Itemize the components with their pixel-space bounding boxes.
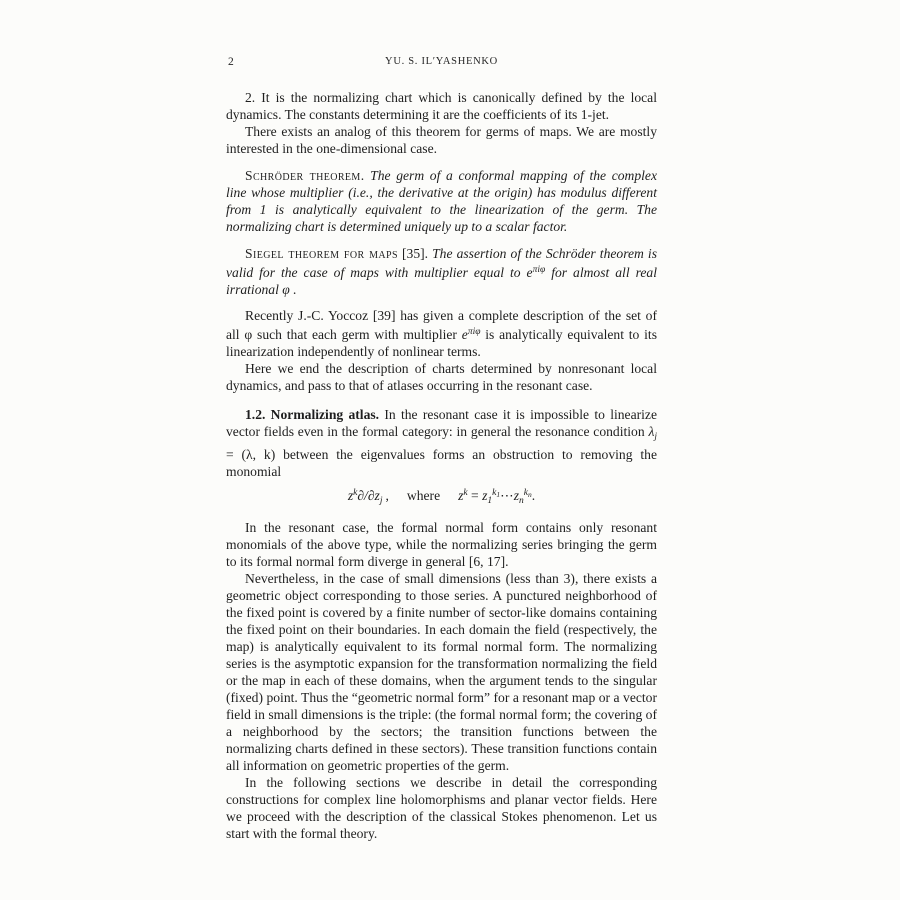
siegel-theorem-ref: [35]. (398, 246, 432, 261)
cdots: ⋯ (500, 488, 514, 503)
paragraph-analog-for-maps: There exists an analog of this theorem f… (226, 123, 657, 157)
k1-sup: k1 (492, 488, 500, 498)
z-power-definition: zk = z1k1⋯znkn. (458, 488, 535, 503)
siegel-theorem-label: Siegel theorem for maps (245, 246, 398, 261)
kn-sup: kn (524, 488, 532, 498)
section-heading: 1.2. Normalizing atlas. (245, 407, 379, 422)
paragraph-end-of-charts: Here we end the description of charts de… (226, 360, 657, 394)
paragraph-yoccoz: Recently J.-C. Yoccoz [39] has given a c… (226, 307, 657, 360)
paragraph-following-sections: In the following sections we describe in… (226, 774, 657, 842)
exp-sup: πiφ (468, 327, 481, 337)
running-title: YU. S. IL′YASHENKO (385, 56, 498, 67)
where-label: where (407, 488, 440, 503)
exp-term: eπiφ (462, 327, 481, 342)
exp-term: eπiφ (527, 265, 546, 280)
schroder-theorem: Schröder theorem. The germ of a conforma… (226, 167, 657, 235)
running-header: 2 YU. S. IL′YASHENKO (226, 56, 657, 67)
lambda-sub: j (654, 432, 657, 442)
paragraph-resonant-monomials: In the resonant case, the formal normal … (226, 519, 657, 570)
paragraph-normalizing-chart: 2. It is the normalizing chart which is … (226, 89, 657, 123)
section-text-2: = (λ, k) between the eigenvalues forms a… (226, 447, 657, 479)
schroder-theorem-label: Schröder theorem. (245, 168, 365, 183)
page-number: 2 (228, 56, 234, 68)
siegel-theorem: Siegel theorem for maps [35]. The assert… (226, 245, 657, 298)
exp-sup: πiφ (533, 265, 546, 275)
text-column: 2 YU. S. IL′YASHENKO 2. It is the normal… (226, 56, 657, 842)
section-1-2-paragraph: 1.2. Normalizing atlas. In the resonant … (226, 406, 657, 480)
comma: , (386, 488, 389, 503)
period: . (532, 488, 535, 503)
monomial-term: zk∂/∂zj, (348, 488, 389, 503)
j-sub: j (380, 496, 383, 506)
scanned-page: 2 YU. S. IL′YASHENKO 2. It is the normal… (0, 0, 900, 900)
equals-sign: = (468, 488, 482, 503)
display-formula: zk∂/∂zj,wherezk = z1k1⋯znkn. (226, 485, 657, 510)
lambda-term: λj (648, 424, 657, 439)
partial-derivative: ∂/∂z (357, 488, 380, 503)
equals: = (471, 488, 479, 503)
paragraph-geometric-normal-form: Nevertheless, in the case of small dimen… (226, 570, 657, 774)
